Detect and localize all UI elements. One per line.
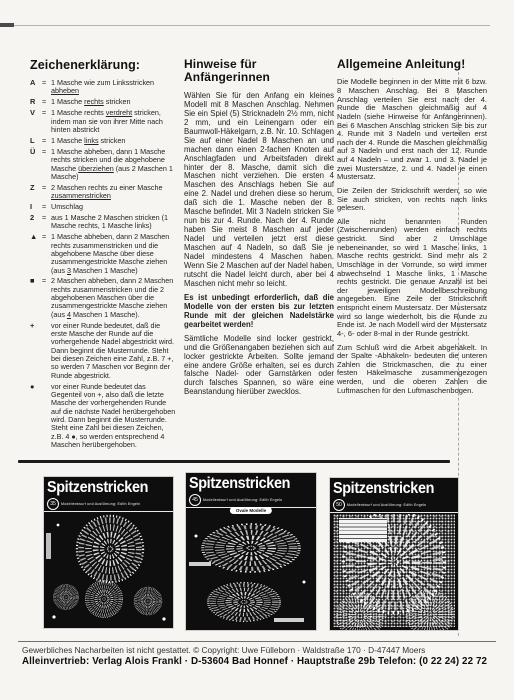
cover-header: Spitzenstricken 45 Modellentwurf und Aus… <box>186 473 316 508</box>
cover-subtitle: Modellentwurf und Ausführung: Edith Enge… <box>347 503 426 507</box>
legend-text: aus 1 Masche 2 Maschen stricken (1 Masch… <box>51 214 178 231</box>
scan-artifact-top-line <box>0 25 490 26</box>
equals-sign: = <box>42 79 51 96</box>
legend-row: I=Umschlag <box>30 203 178 212</box>
legend-text: 1 Masche rechts stricken <box>51 98 178 107</box>
cover-info-box <box>337 516 389 544</box>
lace-doily-art <box>186 518 316 630</box>
issue-badge: 50 <box>333 499 345 511</box>
hints-title: Hinweise für Anfängerinnen <box>184 58 334 85</box>
legend-row: V=1 Masche rechts verdreht stricken, ind… <box>30 109 178 134</box>
legend-symbol-plus: + <box>30 322 42 380</box>
legend-text: 1 Masche abheben, dann 1 Masche rechts s… <box>51 148 178 181</box>
legend-text: 1 Masche abheben, dann 2 Maschen rechts … <box>51 233 178 275</box>
equals-sign: = <box>42 214 51 231</box>
cover-title: Spitzenstricken <box>189 475 301 493</box>
equals-sign: = <box>42 277 51 319</box>
legend-text: Umschlag <box>51 203 178 212</box>
hints-paragraph-bold: Es ist unbedingt erforderlich, daß die M… <box>184 294 334 330</box>
anleitung-paragraph: Zum Schluß wird die Arbeit abgehäkelt. I… <box>337 344 487 396</box>
lace-doily-art <box>44 513 173 628</box>
legend-symbol: Z <box>30 184 42 201</box>
equals-sign: = <box>42 233 51 275</box>
separator-line <box>18 460 450 463</box>
book-cover-2: Spitzenstricken 45 Modellentwurf und Aus… <box>186 473 316 630</box>
legend-text: 1 Masche wie zum Linksstricken abheben <box>51 79 178 96</box>
legend-symbol: Ü <box>30 148 42 181</box>
legend-symbol: R <box>30 98 42 107</box>
legend-row: Z=2 Maschen rechts zu einer Masche zusam… <box>30 184 178 201</box>
legend-symbol-dot: ● <box>30 383 42 450</box>
cover-label-pill: Ovale Modelle <box>230 507 272 514</box>
hints-paragraph: Sämtliche Modelle sind locker gestrickt,… <box>184 335 334 398</box>
legend-symbol: L <box>30 137 42 146</box>
book-cover-3: Spitzenstricken 50 Modellentwurf und Aus… <box>330 478 458 630</box>
issue-badge: 45 <box>189 494 201 506</box>
legend-symbol-square: ■ <box>30 277 42 319</box>
legend-text: vor einer Runde bedeutet, daß die erste … <box>51 322 178 380</box>
cover-header: Spitzenstricken 50 Modellentwurf und Aus… <box>330 478 458 513</box>
scan-artifact-blob <box>0 23 14 27</box>
legend-symbol: I <box>30 203 42 212</box>
equals-sign: = <box>42 137 51 146</box>
cover-title: Spitzenstricken <box>47 479 158 497</box>
equals-sign: = <box>42 98 51 107</box>
cover-header: Spitzenstricken 35 Modellentwurf und Aus… <box>44 477 173 512</box>
legend-symbol-triangle: ▲ <box>30 233 42 275</box>
hints-column: Hinweise für Anfängerinnen Wählen Sie fü… <box>184 58 334 402</box>
anleitung-paragraph: Alle nicht benannten Runden (Zwischenrun… <box>337 218 487 339</box>
hints-paragraph: Wählen Sie für den Anfang ein kleines Mo… <box>184 92 334 289</box>
anleitung-paragraph: Die Modelle beginnen in der Mitte mit 6 … <box>337 78 487 182</box>
book-cover-1: Spitzenstricken 35 Modellentwurf und Aus… <box>44 477 173 628</box>
legend-row: 2=aus 1 Masche 2 Maschen stricken (1 Mas… <box>30 214 178 231</box>
legend-text: 2 Maschen rechts zu einer Masche zusamme… <box>51 184 178 201</box>
legend-text: 2 Maschen abheben, dann 2 Maschen rechts… <box>51 277 178 319</box>
legend-text: 1 Masche rechts verdreht stricken, indem… <box>51 109 178 134</box>
footer-copyright: Gewerbliches Nacharbeiten ist nicht gest… <box>22 645 498 655</box>
legend-row: Ü=1 Masche abheben, dann 1 Masche rechts… <box>30 148 178 181</box>
equals-sign: = <box>42 203 51 212</box>
cover-subtitle: Modellentwurf und Ausführung: Edith Enge… <box>203 498 282 502</box>
legend-symbol: V <box>30 109 42 134</box>
equals-sign: = <box>42 148 51 181</box>
legend-title: Zeichenerklärung: <box>30 58 178 72</box>
anleitung-paragraph: Die Zeilen der Strickschrift werden, so … <box>337 187 487 213</box>
footer-distributor: Alleinvertrieb: Verlag Alois Frankl · D-… <box>22 656 502 667</box>
footer-separator-line <box>18 641 496 642</box>
legend-column: Zeichenerklärung: A=1 Masche wie zum Lin… <box>30 58 178 452</box>
anleitung-title: Allgemeine Anleitung! <box>337 58 487 71</box>
legend-row: ▲=1 Masche abheben, dann 2 Maschen recht… <box>30 233 178 275</box>
legend-row: L=1 Masche links stricken <box>30 137 178 146</box>
equals-sign: = <box>42 109 51 134</box>
equals-sign: = <box>42 184 51 201</box>
cover-title: Spitzenstricken <box>333 480 443 498</box>
legend-row: +=vor einer Runde bedeutet, daß die erst… <box>30 322 178 380</box>
cover-subtitle: Modellentwurf und Ausführung: Edith Enge… <box>61 502 140 506</box>
legend-row: ■=2 Maschen abheben, dann 2 Maschen rech… <box>30 277 178 319</box>
legend-row: A=1 Masche wie zum Linksstricken abheben <box>30 79 178 96</box>
legend-text: 1 Masche links stricken <box>51 137 178 146</box>
issue-badge: 35 <box>47 498 59 510</box>
legend-symbol: 2 <box>30 214 42 231</box>
legend-row: ●=vor einer Runde bedeutet das Gegenteil… <box>30 383 178 450</box>
legend-symbol: A <box>30 79 42 96</box>
legend-row: R=1 Masche rechts stricken <box>30 98 178 107</box>
anleitung-column: Allgemeine Anleitung! Die Modelle beginn… <box>337 58 487 400</box>
legend-text: vor einer Runde bedeutet das Gegenteil v… <box>51 383 178 450</box>
